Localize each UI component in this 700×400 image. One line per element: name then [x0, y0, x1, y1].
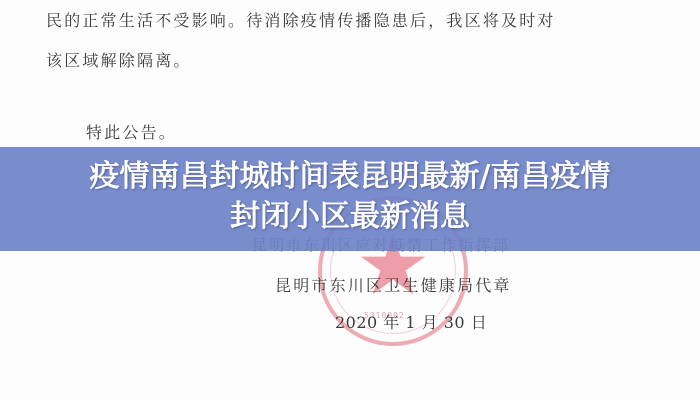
document-date: 2020 年 1 月 30 日	[335, 310, 487, 333]
paragraph-line-1: 民的正常生活不受影响。待消除疫情传播隐患后，我区将及时对	[46, 8, 556, 31]
banner-title-line-1: 疫情南昌封城时间表昆明最新/南昌疫情	[0, 157, 700, 197]
paragraph-line-2: 该区域解除隔离。	[46, 48, 192, 71]
signature-health-bureau: 昆明市东川区卫生健康局代章	[275, 273, 512, 296]
banner-title: 疫情南昌封城时间表昆明最新/南昌疫情 封闭小区最新消息	[0, 157, 700, 237]
banner-title-line-2: 封闭小区最新消息	[0, 197, 700, 237]
closing-text: 特此公告。	[86, 120, 177, 143]
title-banner: 疫情南昌封城时间表昆明最新/南昌疫情 封闭小区最新消息	[0, 147, 700, 251]
